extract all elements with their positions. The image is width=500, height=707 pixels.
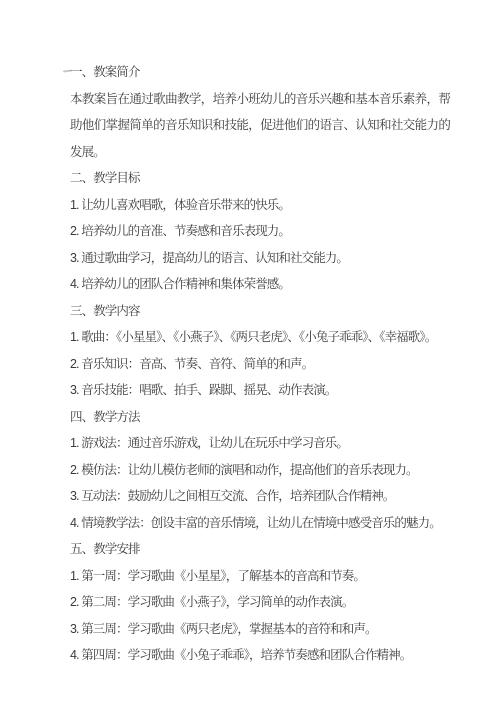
list-item: 1. 让幼儿喜欢唱歌，体验音乐带来的快乐。: [70, 192, 450, 219]
section-heading-methods: 四、教学方法: [70, 404, 450, 431]
list-item: 2. 模仿法：让幼儿模仿老师的演唱和动作，提高他们的音乐表现力。: [70, 457, 450, 484]
list-item: 2. 音乐知识：音高、节奏、音符、简单的和声。: [70, 351, 450, 378]
list-item: 1. 第一周：学习歌曲《小星星》，了解基本的音高和节奏。: [70, 563, 450, 590]
list-item: 3. 第三周：学习歌曲《两只老虎》，掌握基本的音符和和声。: [70, 616, 450, 643]
lesson-plan-document: 一、教案简介 本教案旨在通过歌曲教学，培养小班幼儿的音乐兴趣和基本音乐素养，帮助…: [70, 59, 450, 669]
list-item: 3. 互动法：鼓励幼儿之间相互交流、合作，培养团队合作精神。: [70, 483, 450, 510]
list-item: 3. 音乐技能：唱歌、拍手、跺脚、摇晃、动作表演。: [70, 377, 450, 404]
list-item: 4. 培养幼儿的团队合作精神和集体荣誉感。: [70, 271, 450, 298]
section-heading-intro: 一、教案简介: [70, 59, 450, 86]
list-item: 4. 情境教学法：创设丰富的音乐情境，让幼儿在情境中感受音乐的魅力。: [70, 510, 450, 537]
document-page: 一、教案简介 本教案旨在通过歌曲教学，培养小班幼儿的音乐兴趣和基本音乐素养，帮助…: [0, 0, 500, 707]
section-heading-schedule: 五、教学安排: [70, 536, 450, 563]
section-heading-content: 三、教学内容: [70, 298, 450, 325]
list-item: 2. 第二周：学习歌曲《小燕子》，学习简单的动作表演。: [70, 589, 450, 616]
list-item: 1. 游戏法：通过音乐游戏，让幼儿在玩乐中学习音乐。: [70, 430, 450, 457]
section-heading-goals: 二、教学目标: [70, 165, 450, 192]
list-item: 2. 培养幼儿的音准、节奏感和音乐表现力。: [70, 218, 450, 245]
intro-paragraph: 本教案旨在通过歌曲教学，培养小班幼儿的音乐兴趣和基本音乐素养，帮助他们掌握简单的…: [70, 86, 450, 166]
list-item: 3. 通过歌曲学习，提高幼儿的语言、认知和社交能力。: [70, 245, 450, 272]
list-item: 4. 第四周：学习歌曲《小兔子乖乖》，培养节奏感和团队合作精神。: [70, 642, 450, 669]
list-item: 1. 歌曲：《小星星》、《小燕子》、《两只老虎》、《小兔子乖乖》、《幸福歌》。: [70, 324, 450, 351]
